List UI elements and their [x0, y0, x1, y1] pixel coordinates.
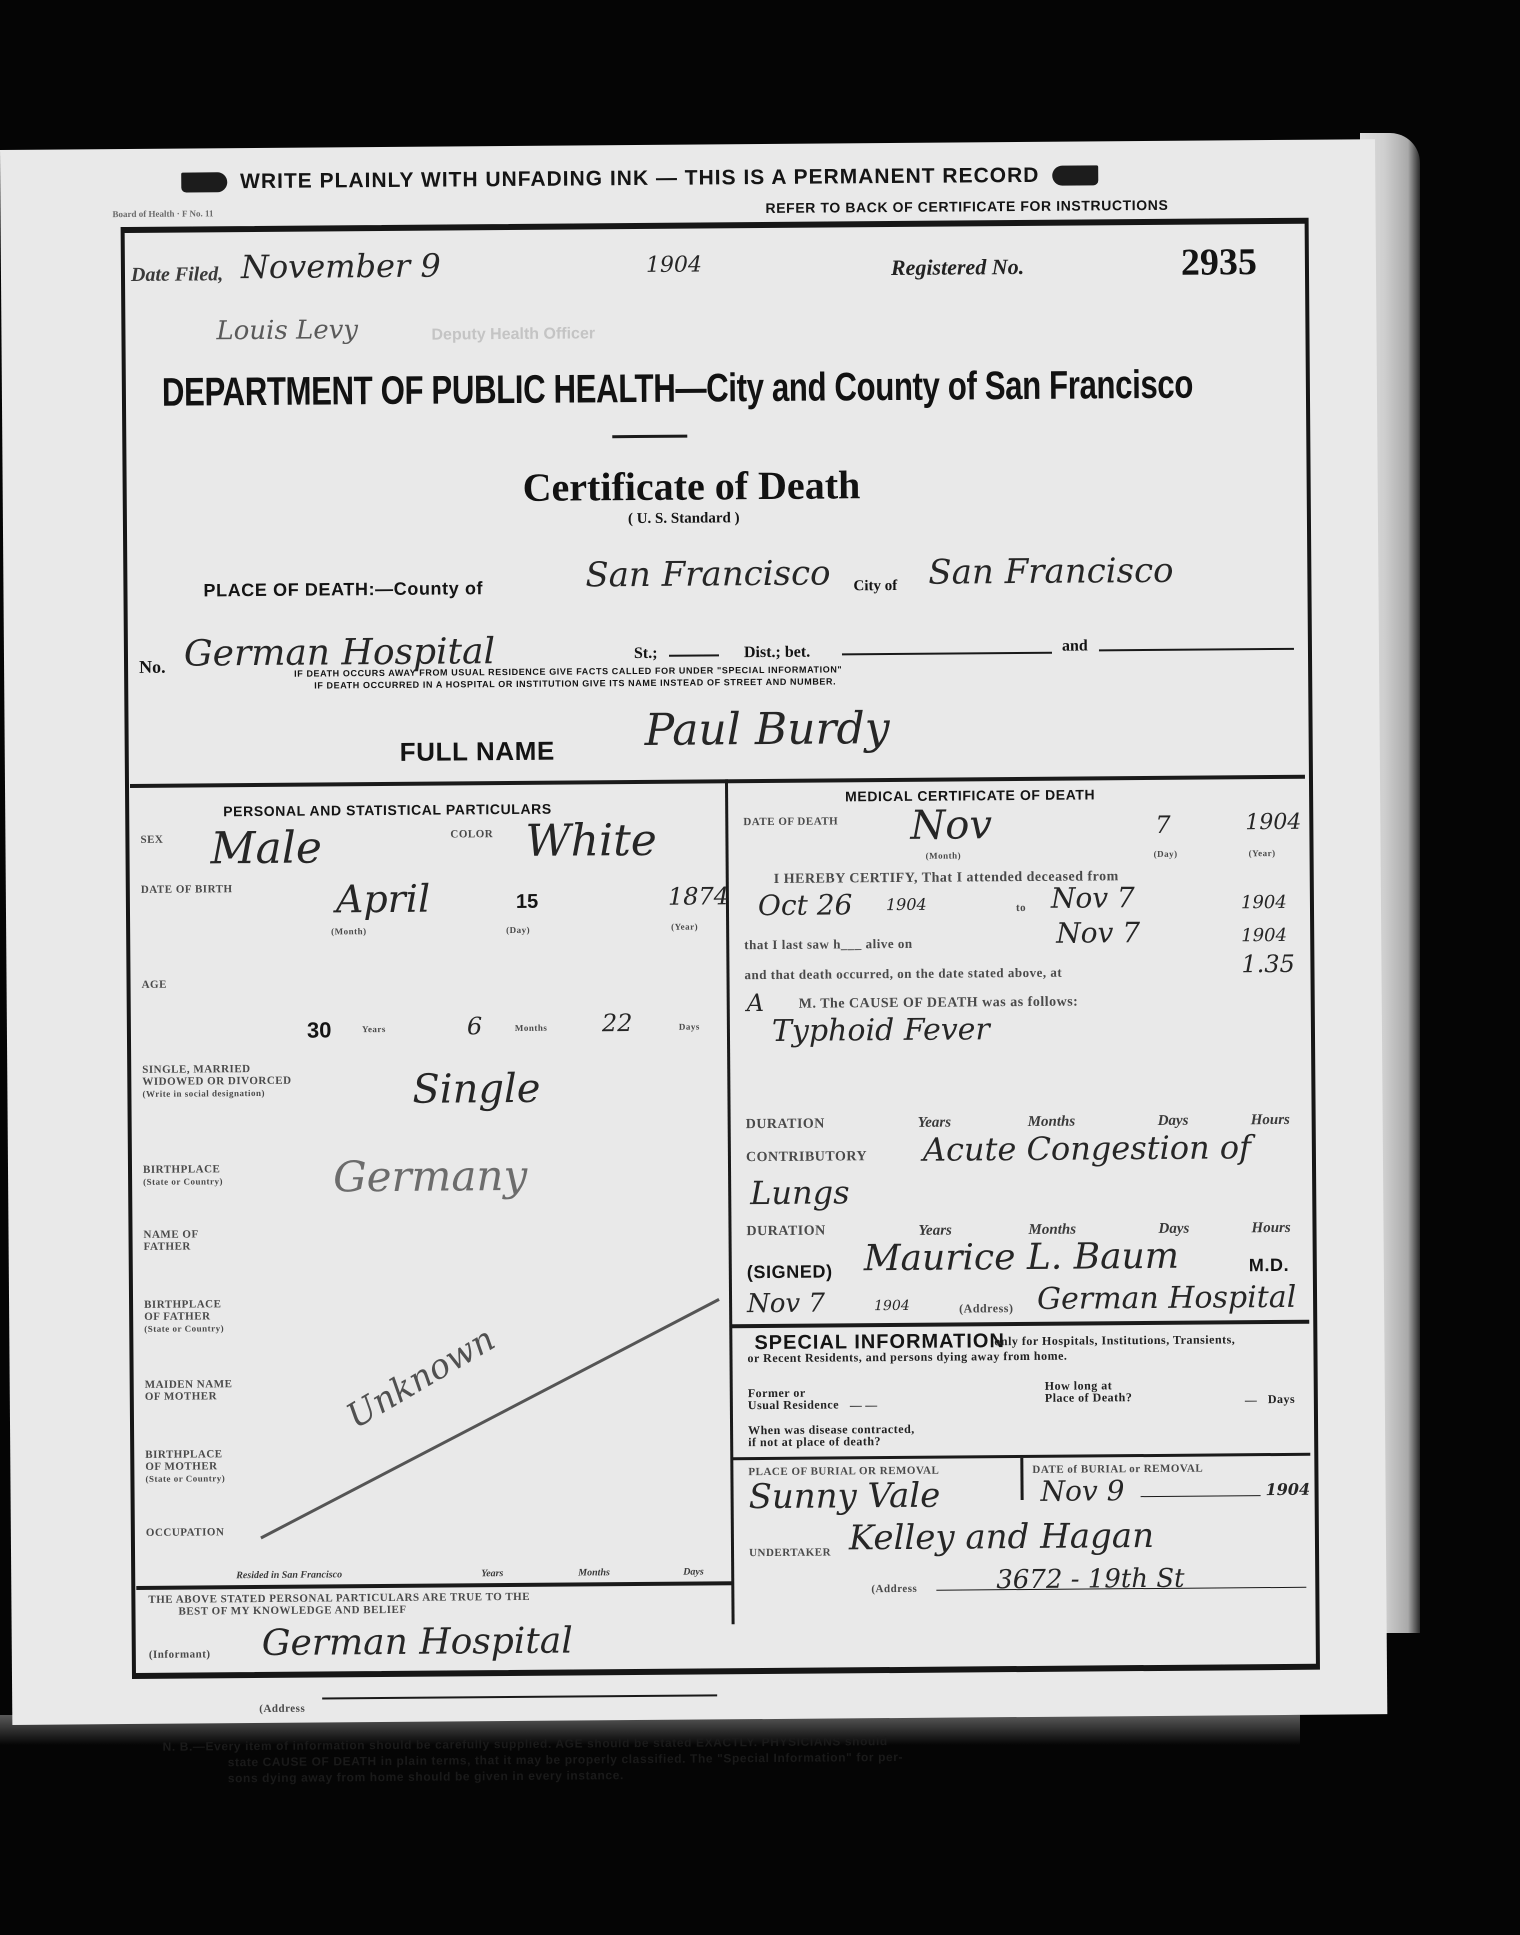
former-residence-value: — —: [850, 1398, 877, 1412]
mother-maiden-label-line: MAIDEN NAME: [145, 1378, 233, 1391]
mother-birthplace-label-line: (State or Country): [145, 1472, 225, 1485]
death-certificate-page: WRITE PLAINLY WITH UNFADING INK — THIS I…: [0, 139, 1387, 1725]
dob-year-caption: (Year): [671, 921, 698, 933]
banner: WRITE PLAINLY WITH UNFADING INK — THIS I…: [175, 163, 1104, 194]
resided-years: Years: [481, 1568, 503, 1579]
birthplace-label-line: BIRTHPLACE: [143, 1163, 223, 1176]
street-blank: [669, 654, 719, 656]
father-birthplace-label-line: BIRTHPLACE: [144, 1298, 224, 1311]
age-label: AGE: [142, 979, 167, 991]
no-label: No.: [139, 657, 166, 678]
pointing-hand-icon: [181, 173, 227, 193]
pointing-hand-icon: [1052, 166, 1098, 186]
registered-label: Registered No.: [891, 254, 1024, 281]
informant-value: German Hospital: [262, 1621, 573, 1664]
resided-days: Days: [683, 1567, 704, 1578]
dod-year: 1904: [1245, 810, 1301, 835]
undertaker-value: Kelley and Hagan: [849, 1516, 1154, 1558]
marital-label-line: WIDOWED OR DIVORCED: [142, 1075, 291, 1088]
marital-value: Single: [412, 1066, 540, 1113]
burial-place: Sunny Vale: [748, 1476, 940, 1518]
contracted-label-line: if not at place of death?: [748, 1435, 915, 1448]
occupation-label: OCCUPATION: [146, 1526, 225, 1539]
occurred-text: and that death occurred, on the date sta…: [744, 967, 1062, 981]
signed-year: 1904: [874, 1298, 910, 1314]
last-saw-text: that I last saw h___ alive on: [744, 938, 912, 951]
informant-statement: THE ABOVE STATED PERSONAL PARTICULARS AR…: [148, 1591, 530, 1618]
age-days: 22: [602, 1009, 633, 1037]
dob-day-caption: (Day): [506, 924, 530, 936]
sex-label: SEX: [140, 834, 163, 846]
place-of-death-label: PLACE OF DEATH:—County of: [203, 578, 483, 601]
duration-label: DURATION: [746, 1119, 825, 1132]
to-label: to: [1016, 902, 1026, 914]
age-months-caption: Months: [515, 1022, 548, 1034]
informant-address-label: (Address: [259, 1703, 305, 1715]
age-days-caption: Days: [679, 1021, 700, 1033]
undertaker-address-label: (Address: [871, 1583, 917, 1595]
form-code: Board of Health · F No. 11: [112, 208, 213, 219]
burial-column-divider: [1020, 1458, 1023, 1500]
father-name-label: NAME OF FATHER: [143, 1228, 198, 1252]
last-saw-date: Nov 7: [1056, 916, 1140, 950]
burial-year: 1904: [1265, 1480, 1310, 1499]
how-long-label-line: Place of Death?: [1045, 1391, 1133, 1404]
father-birthplace-label: BIRTHPLACE OF FATHER (State or Country): [144, 1298, 224, 1335]
officer-title: Deputy Health Officer: [431, 325, 595, 344]
and-label: and: [1062, 637, 1088, 655]
dob-month: April: [336, 877, 431, 922]
certificate-title: Certificate of Death: [522, 461, 860, 511]
last-saw-year: 1904: [1241, 925, 1287, 946]
meridiem: A: [747, 989, 765, 1017]
mother-maiden-label-line: OF MOTHER: [145, 1390, 233, 1403]
certificate-subtitle: ( U. S. Standard ): [628, 510, 740, 528]
date-filed-year: 1904: [646, 252, 702, 277]
age-years: 30: [307, 1017, 332, 1043]
contracted-label: When was disease contracted, if not at p…: [748, 1423, 915, 1448]
personal-heading: PERSONAL AND STATISTICAL PARTICULARS: [223, 801, 552, 820]
dod-day: 7: [1155, 811, 1171, 839]
attended-to-year: 1904: [1241, 892, 1287, 913]
district-label: Dist.; bet.: [744, 644, 810, 663]
contributory-value-1: Acute Congestion of: [923, 1128, 1251, 1169]
former-residence-label: Former or Usual Residence: [748, 1386, 839, 1411]
footer-note: N. B.—Every item of information should b…: [162, 1733, 903, 1787]
full-name-value: Paul Burdy: [644, 703, 889, 756]
marital-label: SINGLE, MARRIED WIDOWED OR DIVORCED (Wri…: [142, 1063, 292, 1100]
street-label: St.;: [634, 645, 658, 663]
birthplace-value: Germany: [333, 1151, 528, 1202]
father-birthplace-label-line: OF FATHER: [144, 1310, 224, 1323]
dob-month-caption: (Month): [331, 925, 367, 937]
mother-maiden-label: MAIDEN NAME OF MOTHER: [145, 1378, 233, 1403]
instructions-note: REFER TO BACK OF CERTIFICATE FOR INSTRUC…: [765, 197, 1168, 216]
dob-day: 15: [516, 891, 538, 914]
dod-year-caption: (Year): [1249, 847, 1276, 859]
former-residence-label-line: Usual Residence: [748, 1398, 839, 1411]
city-value: San Francisco: [928, 551, 1173, 593]
birthplace-label-line: (State or Country): [143, 1175, 223, 1188]
md-label: M.D.: [1249, 1255, 1290, 1276]
physician-signature: Maurice L. Baum: [864, 1236, 1179, 1279]
dod-month-caption: (Month): [926, 849, 962, 861]
signed-date: Nov 7: [747, 1289, 825, 1320]
mother-birthplace-label: BIRTHPLACE OF MOTHER (State or Country): [145, 1448, 225, 1485]
contributory-value-2: Lungs: [750, 1173, 850, 1212]
city-label: City of: [853, 578, 897, 595]
physician-address: German Hospital: [1037, 1280, 1296, 1317]
birthplace-label: BIRTHPLACE (State or Country): [143, 1163, 223, 1188]
informant-address-blank: [322, 1694, 717, 1699]
burial-date: Nov 9: [1040, 1474, 1124, 1508]
dod-day-caption: (Day): [1154, 848, 1178, 860]
duration-days: Days: [1158, 1113, 1189, 1130]
duration-months: Months: [1028, 1114, 1076, 1131]
age-months: 6: [467, 1012, 483, 1040]
undertaker-label: UNDERTAKER: [749, 1547, 831, 1560]
special-note-2: or Recent Residents, and persons dying a…: [747, 1350, 1067, 1365]
father-name-label-line: FATHER: [144, 1240, 199, 1252]
officer-signature: Louis Levy: [216, 315, 358, 346]
cause-text: M. The CAUSE OF DEATH was as follows:: [799, 997, 1079, 1011]
mother-birthplace-label-line: OF MOTHER: [145, 1460, 225, 1473]
special-note-1: only for Hospitals, Institutions, Transi…: [994, 1333, 1235, 1347]
how-long-value: —: [1245, 1393, 1257, 1407]
registered-number: 2935: [1181, 240, 1257, 285]
marital-label-line: (Write in social designation): [142, 1087, 291, 1100]
dod-month: Nov: [910, 802, 992, 849]
banner-text: WRITE PLAINLY WITH UNFADING INK — THIS I…: [240, 164, 1039, 193]
signed-label: (SIGNED): [747, 1261, 833, 1283]
duration-hours-2: Hours: [1251, 1220, 1290, 1237]
resided-months: Months: [578, 1567, 610, 1578]
mother-birthplace-label-line: BIRTHPLACE: [145, 1448, 225, 1461]
color-value: White: [525, 815, 657, 867]
undertaker-address: 3672 - 19th St: [996, 1564, 1185, 1595]
contributory-label: CONTRIBUTORY: [746, 1151, 867, 1164]
sex-value: Male: [210, 822, 322, 874]
date-filed-value: November 9: [241, 247, 441, 287]
divider: [612, 435, 687, 439]
dod-label: DATE OF DEATH: [743, 815, 838, 828]
date-filed-label: Date Filed,: [131, 263, 223, 287]
nb-label: N. B.—: [162, 1739, 205, 1753]
duration-years: Years: [918, 1115, 951, 1132]
dob-year: 1874: [668, 882, 729, 910]
death-time: 1.35: [1241, 950, 1295, 978]
informant-label: (Informant): [149, 1648, 211, 1660]
attended-from: Oct 26: [758, 888, 853, 922]
dob-label: DATE OF BIRTH: [141, 883, 233, 896]
physician-address-label: (Address): [959, 1302, 1013, 1314]
how-long-days-label: Days: [1268, 1393, 1295, 1405]
attended-to: Nov 7: [1051, 881, 1135, 915]
father-birthplace-label-line: (State or Country): [144, 1322, 224, 1335]
color-label: COLOR: [450, 828, 493, 840]
resided-label: Resided in San Francisco: [236, 1569, 342, 1581]
cause-of-death: Typhoid Fever: [772, 1012, 990, 1049]
full-name-label: FULL NAME: [400, 736, 555, 768]
county-value: San Francisco: [585, 553, 830, 595]
father-name-label-line: NAME OF: [143, 1228, 198, 1240]
attended-from-year: 1904: [886, 895, 927, 914]
duration-hours: Hours: [1251, 1112, 1290, 1129]
how-long-label: How long at Place of Death?: [1045, 1379, 1133, 1404]
department-heading: DEPARTMENT OF PUBLIC HEALTH—City and Cou…: [162, 363, 1193, 416]
duration-label-2: DURATION: [746, 1226, 825, 1239]
age-years-caption: Years: [362, 1023, 386, 1035]
